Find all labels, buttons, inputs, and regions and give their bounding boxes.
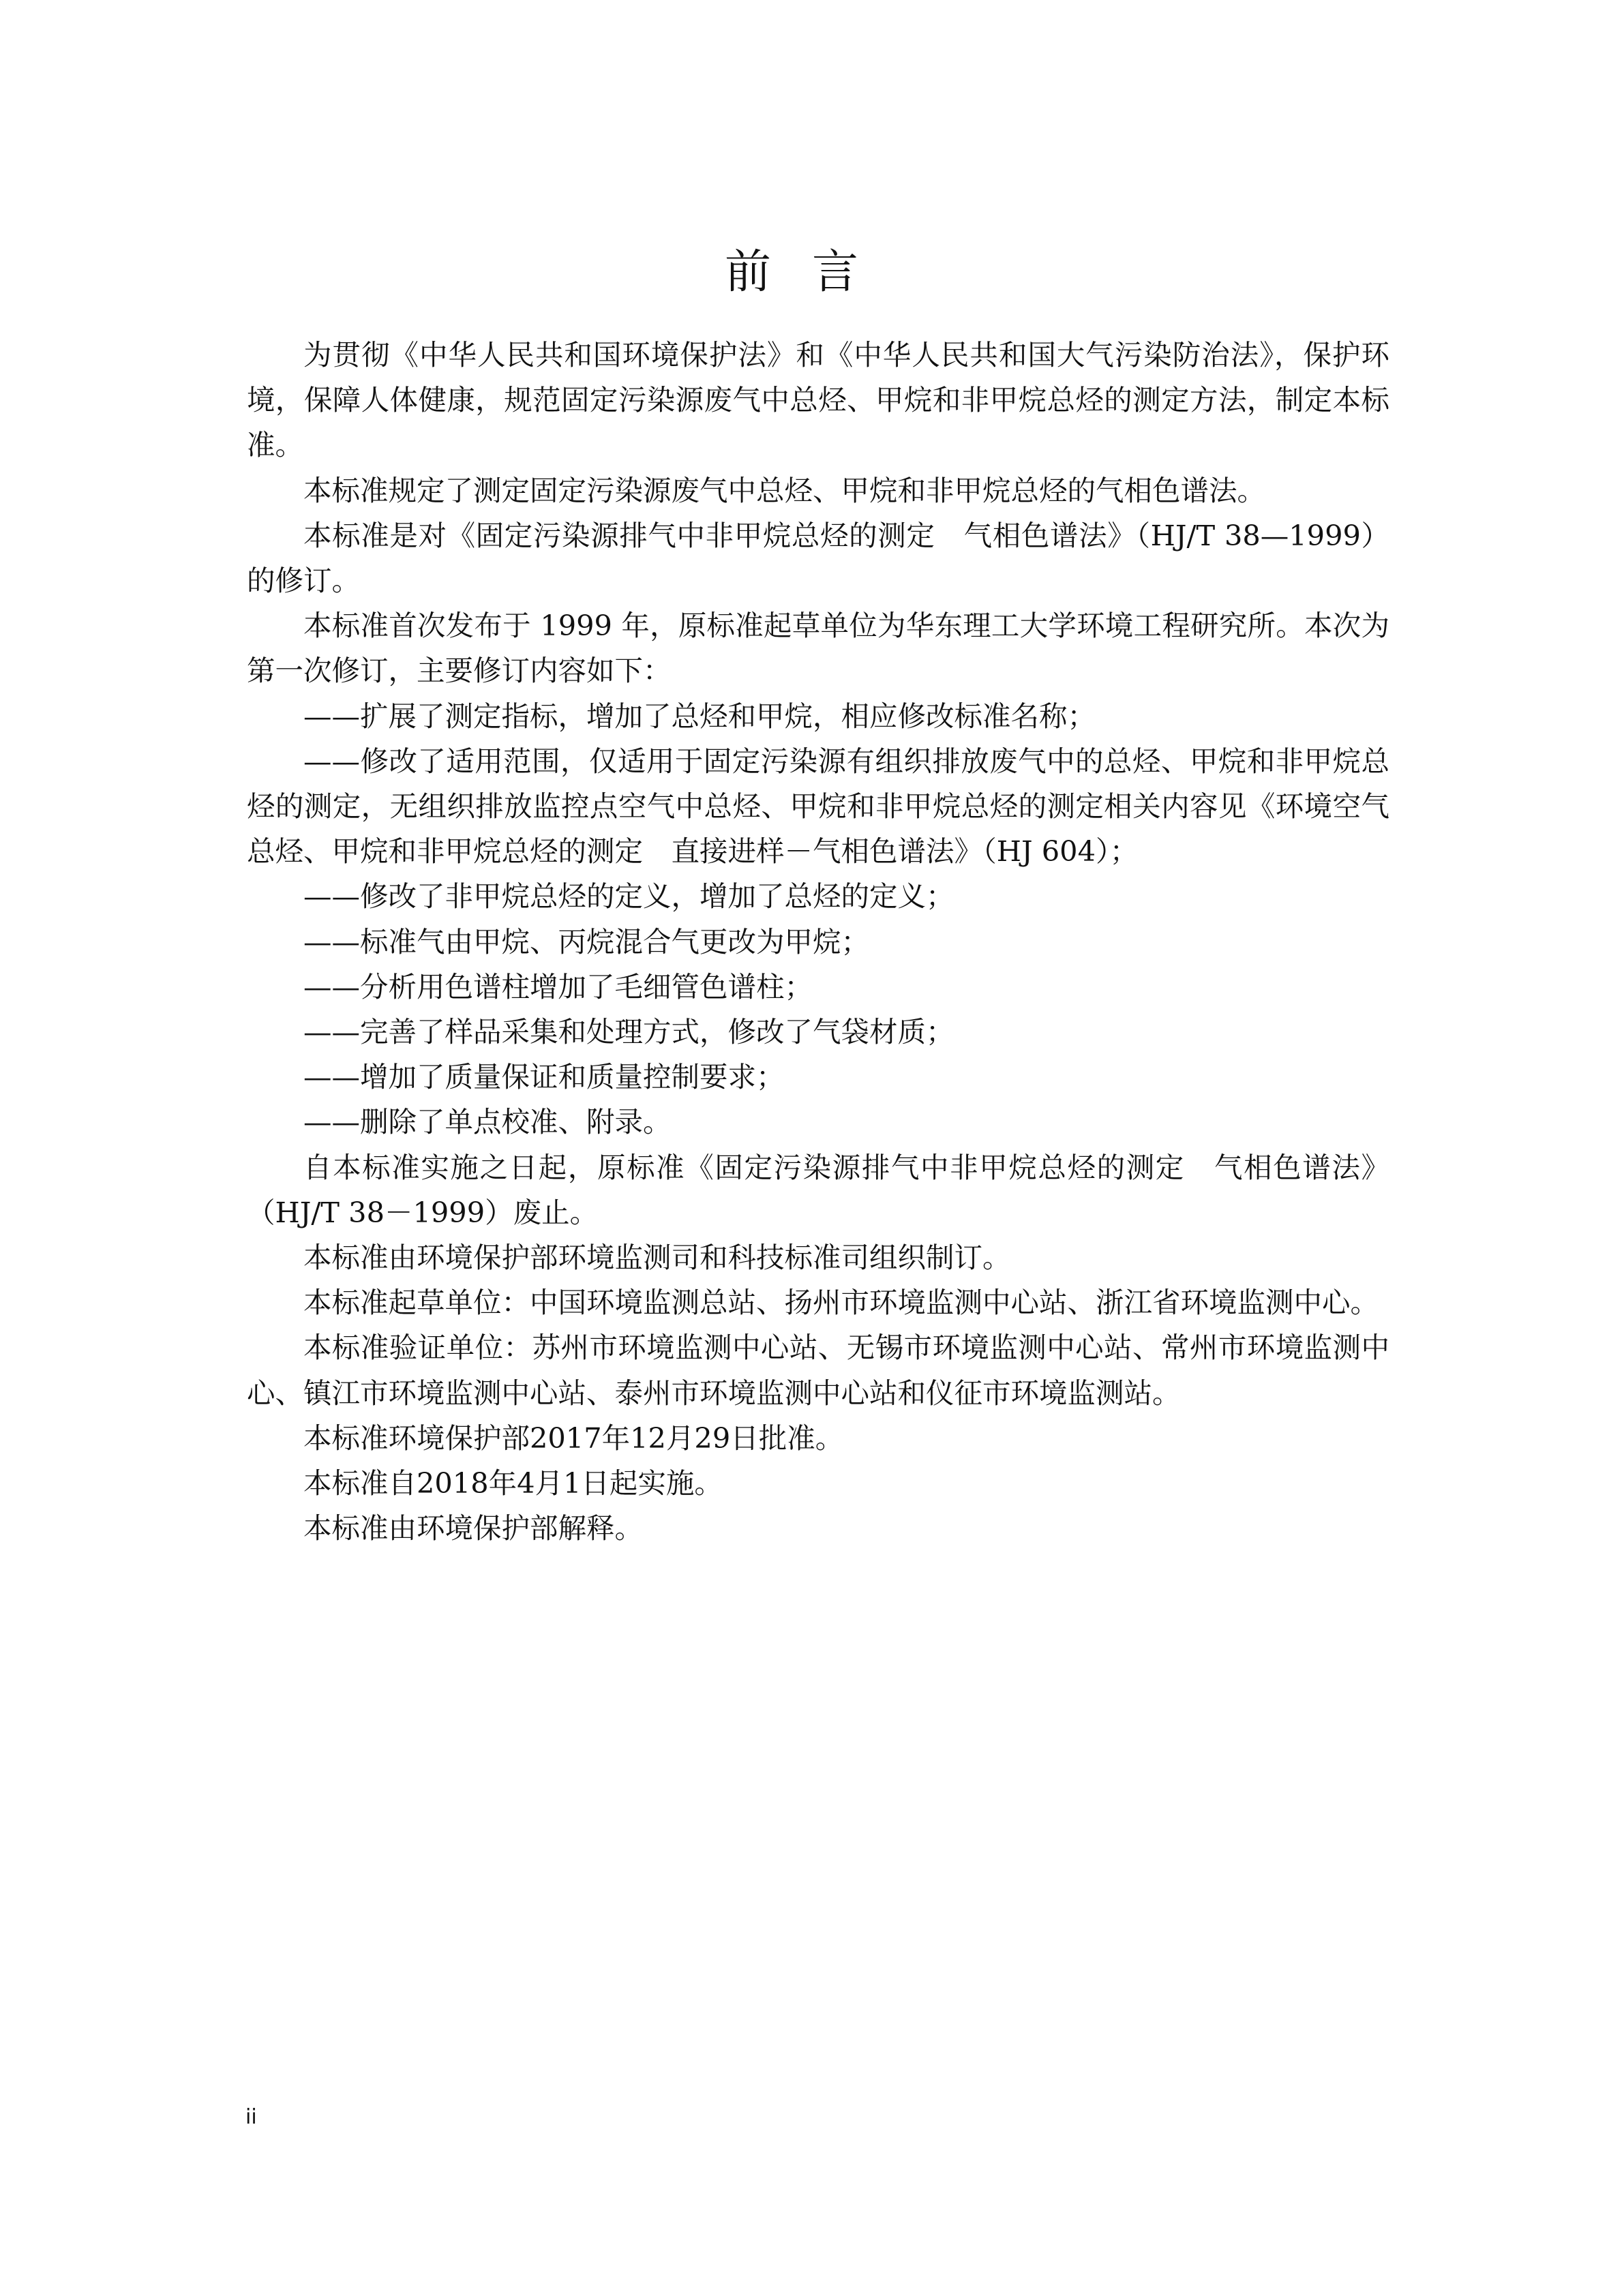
paragraph: 本标准由环境保护部解释。 bbox=[247, 1506, 1389, 1551]
revision-item: ——标准气由甲烷、丙烷混合气更改为甲烷； bbox=[247, 920, 1389, 965]
paragraph: 本标准是对《固定污染源排气中非甲烷总烃的测定 气相色谱法》（HJ/T 38—19… bbox=[247, 513, 1389, 603]
revision-item: ——完善了样品采集和处理方式，修改了气袋材质； bbox=[247, 1010, 1389, 1055]
paragraph: 本标准自2018年4月1日起实施。 bbox=[247, 1461, 1389, 1506]
paragraph: 自本标准实施之日起，原标准《固定污染源排气中非甲烷总烃的测定 气相色谱法》（HJ… bbox=[247, 1145, 1389, 1235]
revision-item: ——增加了质量保证和质量控制要求； bbox=[247, 1055, 1389, 1100]
revision-item: ——删除了单点校准、附录。 bbox=[247, 1100, 1389, 1145]
page-title: 前言 bbox=[0, 235, 1624, 301]
paragraph: 本标准验证单位：苏州市环境监测中心站、无锡市环境监测中心站、常州市环境监测中心、… bbox=[247, 1325, 1389, 1415]
paragraph: 本标准首次发布于 1999 年，原标准起草单位为华东理工大学环境工程研究所。本次… bbox=[247, 603, 1389, 693]
revision-item: ——修改了适用范围，仅适用于固定污染源有组织排放废气中的总烃、甲烷和非甲烷总烃的… bbox=[247, 739, 1389, 875]
paragraph: 本标准由环境保护部环境监测司和科技标准司组织制订。 bbox=[247, 1235, 1389, 1280]
paragraph: 为贯彻《中华人民共和国环境保护法》和《中华人民共和国大气污染防治法》，保护环境，… bbox=[247, 333, 1389, 468]
paragraph: 本标准环境保护部2017年12月29日批准。 bbox=[247, 1416, 1389, 1461]
page-number: ii bbox=[245, 2105, 257, 2129]
paragraph: 本标准起草单位：中国环境监测总站、扬州市环境监测中心站、浙江省环境监测中心。 bbox=[247, 1280, 1389, 1325]
revision-item: ——分析用色谱柱增加了毛细管色谱柱； bbox=[247, 965, 1389, 1010]
revision-item: ——修改了非甲烷总烃的定义，增加了总烃的定义； bbox=[247, 874, 1389, 919]
foreword-body: 为贯彻《中华人民共和国环境保护法》和《中华人民共和国大气污染防治法》，保护环境，… bbox=[247, 333, 1389, 1551]
paragraph: 本标准规定了测定固定污染源废气中总烃、甲烷和非甲烷总烃的气相色谱法。 bbox=[247, 468, 1389, 513]
revision-item: ——扩展了测定指标，增加了总烃和甲烷，相应修改标准名称； bbox=[247, 694, 1389, 739]
